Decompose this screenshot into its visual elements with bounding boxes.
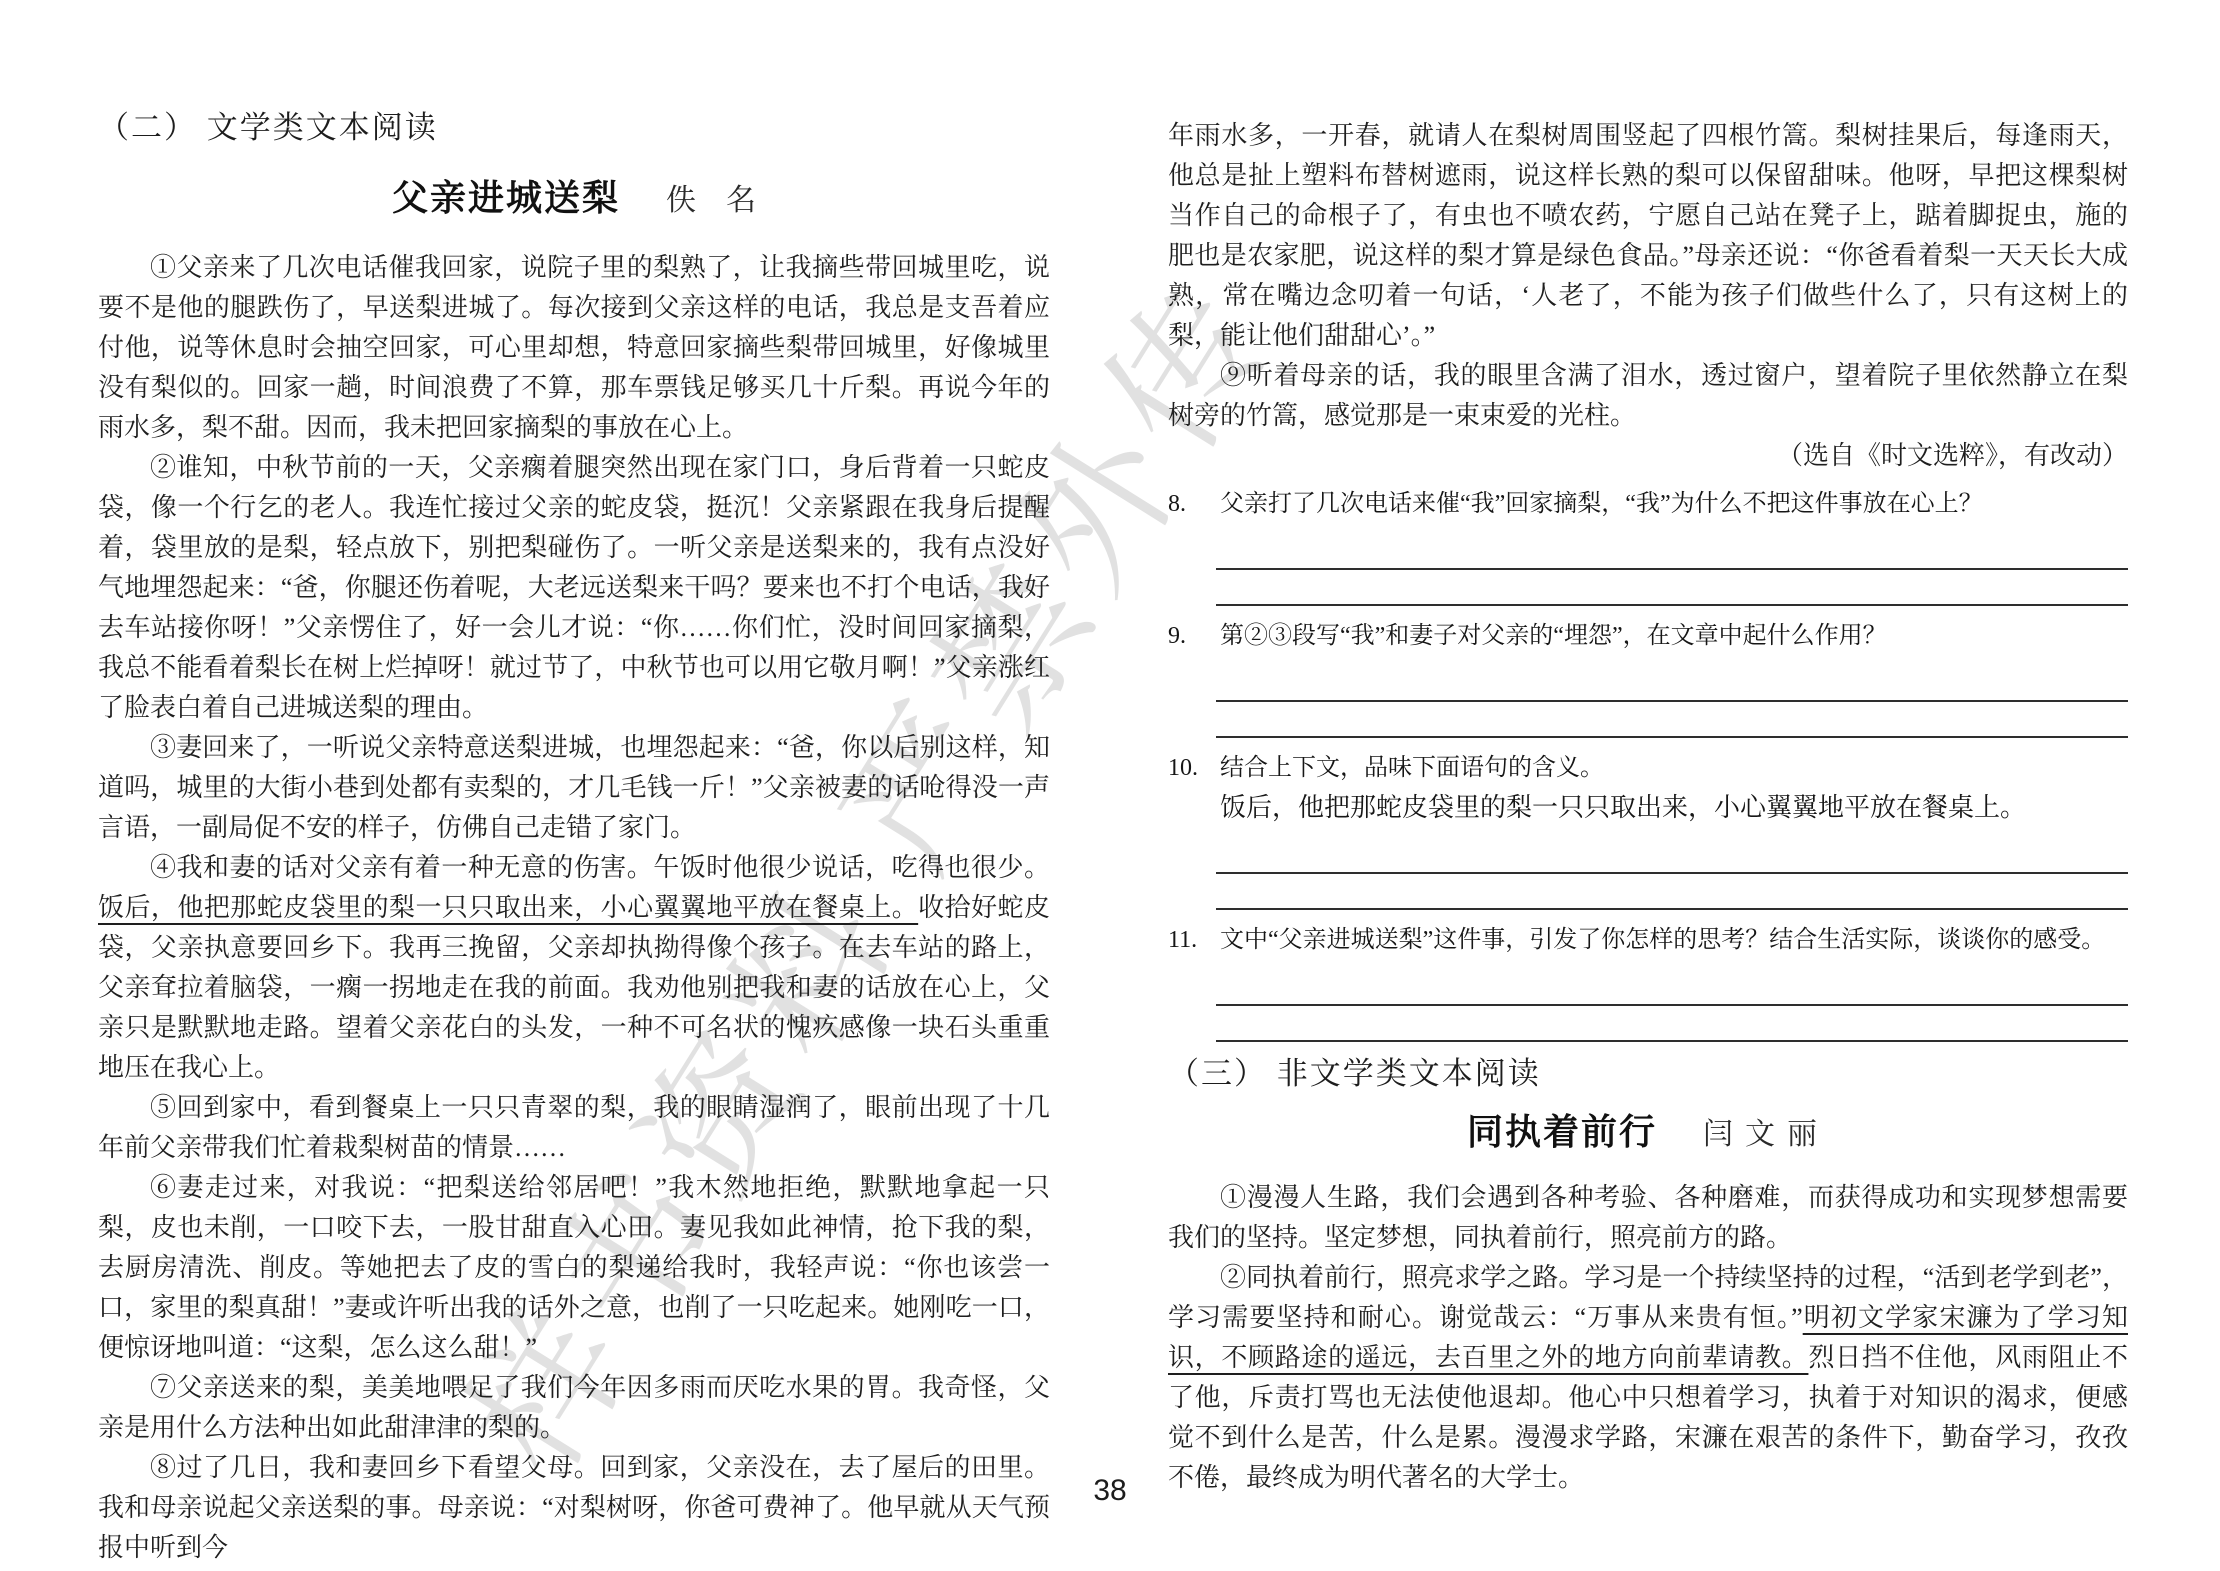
source-attribution: （选自《时文选粹》，有改动）: [1168, 436, 2128, 476]
body-paragraph: 年雨水多，一开春，就请人在梨树周围竖起了四根竹篙。梨树挂果后，每逢雨天，他总是扯…: [1168, 116, 2128, 356]
article-title: 父亲进城送梨: [392, 177, 620, 218]
body-paragraph: ②谁知，中秋节前的一天，父亲瘸着腿突然出现在家门口，身后背着一只蛇皮袋，像一个行…: [98, 448, 1050, 728]
question-item: 9.第②③段写“我”和妻子对父亲的“埋怨”，在文章中起什么作用？: [1168, 616, 2128, 738]
body-paragraph: ①父亲来了几次电话催我回家，说院子里的梨熟了，让我摘些带回城里吃，说要不是他的腿…: [98, 248, 1050, 448]
text-segment: ①父亲来了几次电话催我回家，说院子里的梨熟了，让我摘些带回城里吃，说要不是他的腿…: [98, 253, 1050, 442]
question-number: 9.: [1168, 616, 1220, 656]
article-author: 佚 名: [666, 184, 756, 217]
text-segment: ①漫漫人生路，我们会遇到各种考验、各种磨难，而获得成功和实现梦想需要我们的坚持。…: [1168, 1183, 2128, 1252]
answer-line[interactable]: [1216, 838, 2128, 874]
question-item: 8.父亲打了几次电话来催“我”回家摘梨，“我”为什么不把这件事放在心上？: [1168, 484, 2128, 606]
article-body-left: ①父亲来了几次电话催我回家，说院子里的梨熟了，让我摘些带回城里吃，说要不是他的腿…: [98, 248, 1050, 1568]
page-number: 38: [0, 1474, 2220, 1508]
text-segment: ⑨听着母亲的话，我的眼里含满了泪水，透过窗户，望着院子里依然静立在梨树旁的竹篙，…: [1168, 361, 2128, 430]
section-heading-nonliterary: （三） 非文学类文本阅读: [1168, 1052, 2128, 1096]
text-segment: ③妻回来了，一听说父亲特意送梨进城，也埋怨起来：“爸，你以后别这样，知道吗，城里…: [98, 733, 1050, 842]
right-column: 年雨水多，一开春，就请人在梨树周围竖起了四根竹篙。梨树挂果后，每逢雨天，他总是扯…: [1168, 116, 2128, 1498]
question-item: 10.结合上下文，品味下面语句的含义。饭后，他把那蛇皮袋里的梨一只只取出来，小心…: [1168, 748, 2128, 910]
left-column: （二） 文学类文本阅读 父亲进城送梨佚 名 ①父亲来了几次电话催我回家，说院子里…: [98, 106, 1050, 1568]
answer-line[interactable]: [1216, 570, 2128, 606]
question-number: 11.: [1168, 920, 1220, 960]
article2-body: ①漫漫人生路，我们会遇到各种考验、各种磨难，而获得成功和实现梦想需要我们的坚持。…: [1168, 1178, 2128, 1498]
text-segment: ⑦父亲送来的梨，美美地喂足了我们今年因多雨而厌吃水果的胃。我奇怪，父亲是用什么方…: [98, 1373, 1050, 1442]
question-heading: 10.结合上下文，品味下面语句的含义。: [1168, 748, 2128, 788]
body-paragraph: ⑥妻走过来，对我说：“把梨送给邻居吧！”我木然地拒绝，默默地拿起一只梨，皮也未削…: [98, 1168, 1050, 1368]
body-paragraph: ④我和妻的话对父亲有着一种无意的伤害。午饭时他很少说话，吃得也很少。饭后，他把那…: [98, 848, 1050, 1088]
text-segment: ⑥妻走过来，对我说：“把梨送给邻居吧！”我木然地拒绝，默默地拿起一只梨，皮也未削…: [98, 1173, 1050, 1362]
article-title-row: 父亲进城送梨佚 名: [98, 174, 1050, 230]
section-heading-literary: （二） 文学类文本阅读: [98, 106, 1050, 150]
question-text: 第②③段写“我”和妻子对父亲的“埋怨”，在文章中起什么作用？: [1220, 616, 2128, 656]
question-heading: 11.文中“父亲进城送梨”这件事，引发了你怎样的思考？结合生活实际，谈谈你的感受…: [1168, 920, 2128, 960]
answer-line[interactable]: [1216, 534, 2128, 570]
text-segment: ⑤回到家中，看到餐桌上一只只青翠的梨，我的眼睛湿润了，眼前出现了十几年前父亲带我…: [98, 1093, 1050, 1162]
question-item: 11.文中“父亲进城送梨”这件事，引发了你怎样的思考？结合生活实际，谈谈你的感受…: [1168, 920, 2128, 1042]
question-number: 10.: [1168, 748, 1220, 788]
answer-line[interactable]: [1216, 666, 2128, 702]
body-paragraph: ⑤回到家中，看到餐桌上一只只青翠的梨，我的眼睛湿润了，眼前出现了十几年前父亲带我…: [98, 1088, 1050, 1168]
body-paragraph: ③妻回来了，一听说父亲特意送梨进城，也埋怨起来：“爸，你以后别这样，知道吗，城里…: [98, 728, 1050, 848]
question-text: 文中“父亲进城送梨”这件事，引发了你怎样的思考？结合生活实际，谈谈你的感受。: [1220, 920, 2128, 960]
question-number: 8.: [1168, 484, 1220, 524]
article2-author: 闫文丽: [1703, 1118, 1829, 1151]
question-heading: 9.第②③段写“我”和妻子对父亲的“埋怨”，在文章中起什么作用？: [1168, 616, 2128, 656]
question-heading: 8.父亲打了几次电话来催“我”回家摘梨，“我”为什么不把这件事放在心上？: [1168, 484, 2128, 524]
body-paragraph: ⑨听着母亲的话，我的眼里含满了泪水，透过窗户，望着院子里依然静立在梨树旁的竹篙，…: [1168, 356, 2128, 436]
answer-line[interactable]: [1216, 702, 2128, 738]
question-list: 8.父亲打了几次电话来催“我”回家摘梨，“我”为什么不把这件事放在心上？9.第②…: [1168, 484, 2128, 1042]
answer-line[interactable]: [1216, 874, 2128, 910]
question-text: 结合上下文，品味下面语句的含义。: [1220, 748, 2128, 788]
text-segment: 年雨水多，一开春，就请人在梨树周围竖起了四根竹篙。梨树挂果后，每逢雨天，他总是扯…: [1168, 121, 2128, 350]
text-segment: ④我和妻的话对父亲有着一种无意的伤害。午饭时他很少说话，吃得也很少。: [150, 853, 1050, 882]
underlined-sentence: 饭后，他把那蛇皮袋里的梨一只只取出来，小心翼翼地平放在餐桌上。: [98, 893, 918, 922]
answer-line[interactable]: [1216, 1006, 2128, 1042]
body-paragraph: ②同执着前行，照亮求学之路。学习是一个持续坚持的过程，“活到老学到老”，学习需要…: [1168, 1258, 2128, 1498]
answer-line[interactable]: [1216, 970, 2128, 1006]
body-paragraph: ①漫漫人生路，我们会遇到各种考验、各种磨难，而获得成功和实现梦想需要我们的坚持。…: [1168, 1178, 2128, 1258]
question-quote: 饭后，他把那蛇皮袋里的梨一只只取出来，小心翼翼地平放在餐桌上。: [1168, 788, 2128, 828]
body-paragraph: ⑧过了几日，我和妻回乡下看望父母。回到家，父亲没在，去了屋后的田里。我和母亲说起…: [98, 1448, 1050, 1568]
text-segment: ②谁知，中秋节前的一天，父亲瘸着腿突然出现在家门口，身后背着一只蛇皮袋，像一个行…: [98, 453, 1050, 722]
article2-title: 同执着前行: [1467, 1111, 1657, 1152]
question-text: 父亲打了几次电话来催“我”回家摘梨，“我”为什么不把这件事放在心上？: [1220, 484, 2128, 524]
article-body-right: 年雨水多，一开春，就请人在梨树周围竖起了四根竹篙。梨树挂果后，每逢雨天，他总是扯…: [1168, 116, 2128, 436]
body-paragraph: ⑦父亲送来的梨，美美地喂足了我们今年因多雨而厌吃水果的胃。我奇怪，父亲是用什么方…: [98, 1368, 1050, 1448]
article2-title-row: 同执着前行闫文丽: [1168, 1108, 2128, 1164]
